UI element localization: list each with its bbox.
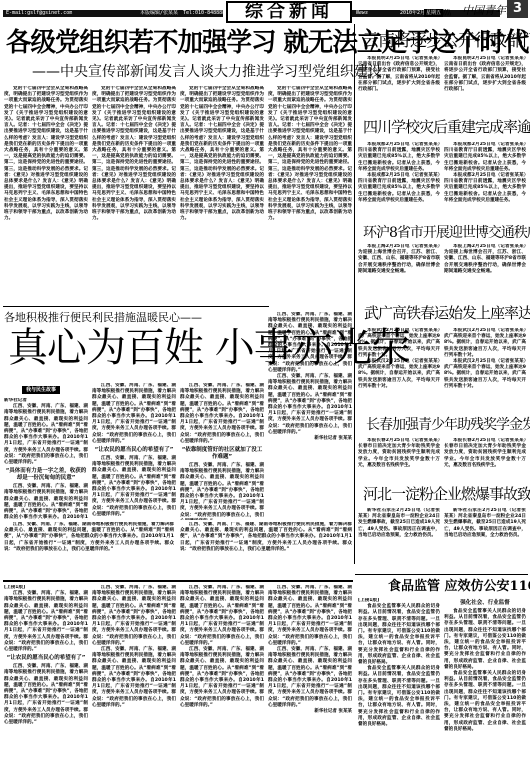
brief-headline-3: 环沪8省市开展迎世博交通秩序整治: [363, 226, 530, 240]
bottom-column-2: 强化社会、行业监督 食品安全监管事关人民群众的切身利益。从目前情况看，食品安全监…: [444, 598, 526, 761]
feature-kicker: 各地积极推行便民利民措施温暖民心——: [4, 312, 202, 323]
brief-headline-6: 河北一淀粉企业燃爆事故致19人死亡: [363, 487, 530, 502]
brief-headline-4: 武广高铁春运始发上座率达98%: [364, 306, 530, 321]
lead-column-2: 党的十七届四中全会从全局和战略高度，明确提出了把建设学习型党组织作为一项重大而紧…: [92, 86, 176, 300]
feature-continued-left: 江西、安徽、河南、广东、福建、湖南等地积极推行便民利民措施，着力解决群众最关心、…: [4, 522, 174, 577]
brief-body-2a: 本报成都2月25日电（记者张某某）四川省教育厅日前透露，地震灾区学校灾后重建已完…: [358, 142, 440, 226]
decorative-stripes-icon: \\\\\\: [440, 8, 450, 17]
brief-body-6a: 新华社石家庄2月25日电（记者张某某）河北省秦皇岛市一淀粉企业24日发生燃爆事故…: [358, 508, 440, 572]
masthead-editor: 本版编辑/张某某: [140, 9, 178, 17]
lead-column-1: 党的十七届四中全会从全局和战略高度，明确提出了把建设学习型党组织作为一项重大而紧…: [4, 86, 88, 300]
brief-body-4a: 本报武汉2月25日电（记者张某某）武广高铁迎来首个春运，始发上座率达98%。据统…: [358, 328, 440, 416]
brief-body-6b: 新华社石家庄2月25日电（记者张某某）河北省秦皇岛市一淀粉企业24日发生燃爆事故…: [444, 508, 526, 572]
brief-body-5a: 本报长春2月25日电（记者张某某）长春市日前决定加大青少年助残奖学金发放力度，资…: [358, 438, 440, 484]
lead-subhead: ——中央宣传部新闻发言人谈大力推进学习型党组织建设: [32, 65, 382, 79]
divider: [355, 574, 528, 575]
bottom-headline: 食品监管 应效仿公安110: [388, 580, 530, 593]
lower-column-3: 江西、安徽、河南、广东、福建、湖南等地积极推行便民利民措施，着力解决群众最关心、…: [180, 585, 264, 761]
page-number: 3: [507, 0, 528, 18]
brief-body-3b: 本报上海2月25日电（记者张某某）为迎接上海世博会召开，江苏、浙江、安徽、江西、…: [444, 244, 526, 304]
lead-column-4: 党的十七届四中全会从全局和战略高度，明确提出了把建设学习型党组织作为一项重大而紧…: [268, 86, 352, 300]
masthead-tel: Tel:010-84888888: [183, 9, 231, 17]
divider: [3, 580, 353, 582]
feature-column-1: 新华社记者 江西、安徽、河南、广东、福建、湖南等地积极推行便民利民措施，着力解决…: [4, 398, 88, 520]
lower-column-4: 江西、安徽、河南、广东、福建、湖南等地积极推行便民利民措施，着力解决群众最关心、…: [268, 585, 352, 761]
lower-column-1: [上接1版] 江西、安徽、河南、广东、福建、湖南等地积极推行便民利民措施，着力解…: [4, 585, 88, 761]
masthead-email: E-mail:gslf@gsinet.com: [6, 9, 72, 17]
feature-continued-right: 江西、安徽、河南、广东、福建、湖南等地积极推行便民利民措施，着力解决群众最关心、…: [180, 522, 352, 577]
brief-headline-1: 云南将逐步公开行政部门预算: [362, 33, 530, 50]
feature-tag: 我与民生故事: [22, 386, 60, 394]
brief-body-1b: 本报昆明2月25日电（记者张某某）云南省日前出台《政府信息公开规定》，将逐步公开…: [444, 56, 526, 116]
brief-headline-5: 长春加强青少年助残奖学金发放力度: [366, 418, 530, 432]
brief-body-3a: 本报上海2月25日电（记者张某某）为迎接上海世博会召开，江苏、浙江、安徽、江西、…: [358, 244, 440, 304]
feature-column-3: 江西、安徽、河南、广东、福建、湖南等地积极推行便民利民措施，着力解决群众最关心、…: [180, 383, 264, 520]
lower-column-2: 江西、安徽、河南、广东、福建、湖南等地积极推行便民利民措施，着力解决群众最关心、…: [92, 585, 176, 761]
brief-headline-2: 四川学校灾后重建完成率逾85%: [363, 120, 530, 135]
divider: [3, 306, 269, 307]
feature-column-4: 江西、安徽、河南、广东、福建、湖南等地积极推行便民利民措施，着力解决群众最关心、…: [268, 312, 352, 520]
feature-column-2: 江西、安徽、河南、广东、福建、湖南等地积极推行便民利民措施，着力解决群众最关心、…: [92, 383, 176, 520]
brief-body-5b: 本报长春2月25日电（记者张某某）长春市日前决定加大青少年助残奖学金发放力度，资…: [444, 438, 526, 484]
lead-column-3: 党的十七届四中全会从全局和战略高度，明确提出了把建设学习型党组织作为一项重大而紧…: [180, 86, 264, 300]
brief-body-2b: 本报成都2月25日电（记者张某某）四川省教育厅日前透露，地震灾区学校灾后重建已完…: [444, 142, 526, 226]
section-en: News: [356, 9, 368, 17]
bottom-column-1: [上接1版] 食品安全监管事关人民群众的切身利益。从目前情况看，食品安全监管仍存…: [358, 598, 440, 761]
brief-body-1a: 本报昆明2月25日电（记者张某某）云南省日前出台《政府信息公开规定》，将逐步公开…: [358, 56, 440, 116]
brief-body-4b: 本报武汉2月25日电（记者张某某）武广高铁迎来首个春运，始发上座率达98%。据统…: [444, 328, 526, 416]
section-title: 综合新闻: [226, 1, 352, 23]
column-divider: [354, 24, 355, 564]
